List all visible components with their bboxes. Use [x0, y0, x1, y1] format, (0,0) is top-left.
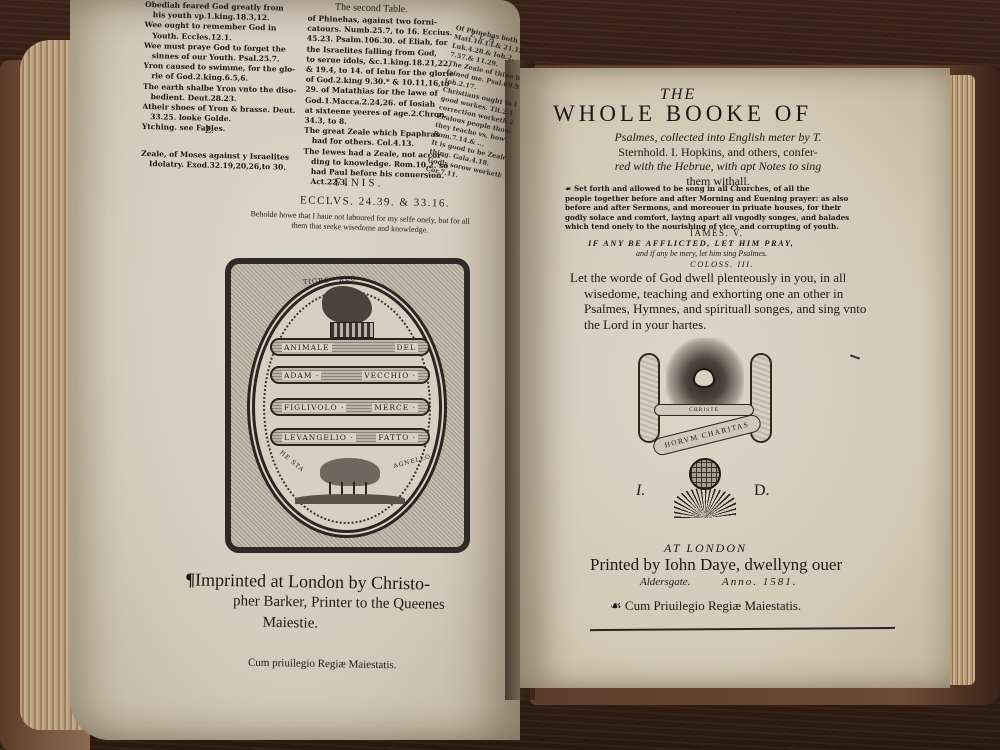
printer-initial: I.: [636, 482, 645, 500]
printer-initial: D.: [754, 482, 770, 500]
finis-heading: FINIS.: [335, 177, 383, 190]
fleuron-icon: ☙: [610, 598, 622, 613]
set-forth-line: before and after Sermons, and moreouer i…: [565, 203, 855, 213]
device-banner: LEVANGELIO · FATTO ·: [270, 428, 430, 446]
ground-mound: [295, 494, 405, 504]
coloss-line: the Lord in your hartes.: [570, 317, 860, 333]
set-forth-line: people together before and after Morning…: [565, 194, 855, 204]
banner-text: FIGLIVOLO ·: [282, 403, 346, 412]
subtitle-line: Sternhold. I. Hopkins, and others, confe…: [568, 145, 868, 160]
privilege-text: Cum Priuilegio Regiæ Maiestatis.: [625, 598, 801, 613]
heart-icon: [693, 368, 715, 388]
james-reference: IAMES. V.: [690, 228, 743, 238]
letter-heading: Z.: [205, 125, 214, 136]
device-banner-small: CHRISTE: [654, 404, 754, 416]
coloss-line: Let the worde of God dwell plenteously i…: [570, 270, 860, 286]
banner-text: VECCHIO ·: [362, 371, 418, 380]
banner-text: ANIMALE: [282, 343, 332, 352]
left-imprint: ¶Imprinted at London by Christo- pher Ba…: [184, 569, 495, 637]
subtitle: Psalmes, collected into English meter by…: [568, 130, 868, 188]
printers-device-woodcut: TIGRE · REO · ANIMALE DEL ADAM · VECCHIO…: [225, 258, 470, 553]
banner-text: MERCE ·: [372, 403, 418, 412]
banner-text: LEVANGELIO ·: [282, 433, 356, 442]
globe-icon: [689, 458, 721, 490]
coloss-line: Psalmes, Hymnes, and spirituall songes, …: [570, 301, 860, 317]
coloss-quote: Let the worde of God dwell plenteously i…: [570, 270, 860, 332]
coloss-line: wisedome, teaching and exhorting one an …: [570, 286, 860, 302]
open-book: The second Table. ZEA Obediah feared God…: [0, 0, 1000, 750]
imprint-place: AT LONDON: [664, 541, 747, 556]
cloud-icon: [638, 353, 660, 443]
set-forth-line: Set forth and allowed to be song in all …: [574, 184, 810, 193]
subtitle-line: Psalmes, collected into English meter by…: [568, 130, 868, 145]
sun-rays-icon: [674, 488, 736, 518]
page-title: WHOLE BOOKE OF: [553, 101, 812, 127]
imprint-printer: Printed by Iohn Daye, dwellyng ouer: [590, 555, 842, 575]
imprint-line: Imprinted at London by Christo-: [195, 569, 430, 593]
james-quote-line: and if any be mery, let him sing Psalmes…: [636, 249, 767, 258]
device-banner-large: HORVM CHARITAS: [651, 413, 762, 457]
device-banner: ADAM · VECCHIO ·: [270, 366, 430, 384]
imprint-street: Aldersgate.: [640, 576, 690, 588]
crown-icon: [330, 322, 374, 338]
right-privilege: ☙ Cum Priuilegio Regiæ Maiestatis.: [610, 598, 801, 614]
left-privilege: Cum priuilegio Regiæ Maiestatis.: [248, 657, 397, 672]
coloss-reference: COLOSS. III.: [690, 259, 754, 269]
subtitle-line: red with the Hebrue, with apt Notes to s…: [568, 159, 868, 174]
device-banner: FIGLIVOLO · MERCE ·: [270, 398, 430, 416]
index-column-1: Obediah feared God greatly from his yout…: [141, 0, 305, 173]
banner-text: ADAM ·: [282, 371, 321, 380]
banner-text: DEL: [395, 343, 418, 352]
set-forth-paragraph: ☙ Set forth and allowed to be song in al…: [565, 184, 855, 232]
set-forth-line: godly solace and comfort, laying apart a…: [565, 213, 855, 223]
imprint-year: Anno. 1581.: [722, 576, 797, 588]
printers-device-right: CHRISTE HORVM CHARITAS I. D.: [636, 338, 774, 528]
fleuron-icon: ☙: [565, 184, 571, 193]
pilcrow-icon: ¶: [185, 569, 195, 589]
banner-text: FATTO ·: [376, 433, 418, 442]
james-quote-line: IF ANY BE AFFLICTED, LET HIM PRAY,: [588, 238, 794, 248]
device-banner: ANIMALE DEL: [270, 338, 430, 356]
